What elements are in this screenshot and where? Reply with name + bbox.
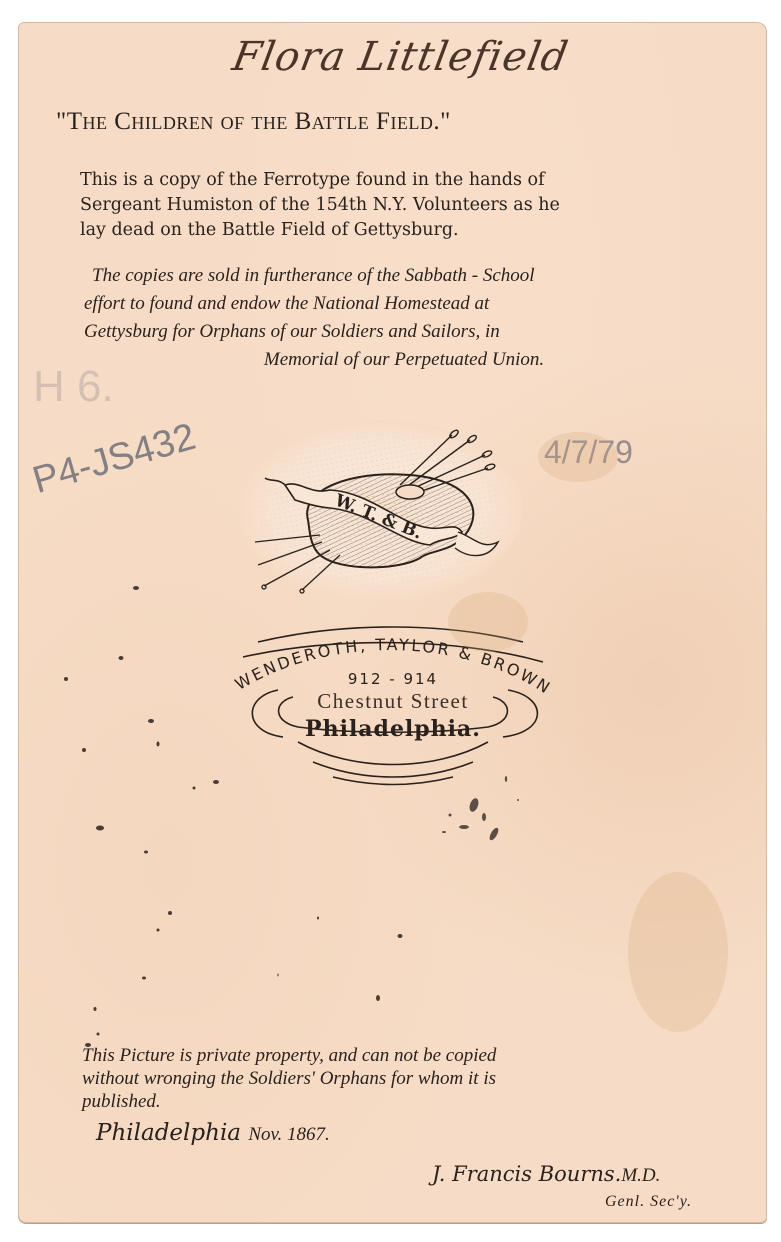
signatory-credential: M.D. xyxy=(621,1165,660,1186)
artist-palette-icon: W. T. & B. xyxy=(230,410,530,610)
pencil-catalog-code: P4-JS432 xyxy=(28,416,200,503)
description-line: Sergeant Humiston of the 154th N.Y. Volu… xyxy=(80,193,720,218)
signatory-name: J. Francis Bourns. xyxy=(432,1162,621,1186)
publication-date: Nov. 1867. xyxy=(248,1124,329,1145)
place: Philadelphia xyxy=(96,1120,241,1146)
place-and-date: Philadelphia Nov. 1867. xyxy=(96,1120,330,1146)
owner-signature: Flora Littlefield xyxy=(229,34,572,80)
description-line: lay dead on the Battle Field of Gettysbu… xyxy=(80,218,720,243)
studio-street: Chestnut Street xyxy=(203,689,583,714)
notice-line: without wronging the Soldiers' Orphans f… xyxy=(82,1067,682,1090)
purpose-line: The copies are sold in furtherance of th… xyxy=(84,262,724,290)
signatory-title: Genl. Sec'y. xyxy=(605,1193,692,1211)
photograph-card-back: H 6. Flora Littlefield "The Children of … xyxy=(18,22,767,1223)
description-line: This is a copy of the Ferrotype found in… xyxy=(80,168,720,193)
notice-line: This Picture is private property, and ca… xyxy=(82,1044,682,1067)
notice-line: published. xyxy=(82,1090,682,1113)
private-property-notice: This Picture is private property, and ca… xyxy=(82,1044,682,1113)
studio-imprint: WENDEROTH, TAYLOR & BROWN 912 - 914 Ches… xyxy=(203,622,583,792)
studio-city: Philadelphia. xyxy=(203,716,583,742)
studio-street-number: 912 - 914 xyxy=(203,670,583,688)
sales-purpose-statement: The copies are sold in furtherance of th… xyxy=(84,262,724,374)
signatory: J. Francis Bourns.M.D. xyxy=(432,1162,660,1187)
purpose-line: effort to found and endow the National H… xyxy=(84,290,724,318)
purpose-line: Memorial of our Perpetuated Union. xyxy=(84,346,724,374)
pencil-date: 4/7/79 xyxy=(544,434,633,471)
ferrotype-description: This is a copy of the Ferrotype found in… xyxy=(80,168,720,243)
purpose-line: Gettysburg for Orphans of our Soldiers a… xyxy=(84,318,724,346)
palette-emblem: W. T. & B. xyxy=(230,410,530,610)
card-title: "The Children of the Battle Field." xyxy=(56,108,736,136)
